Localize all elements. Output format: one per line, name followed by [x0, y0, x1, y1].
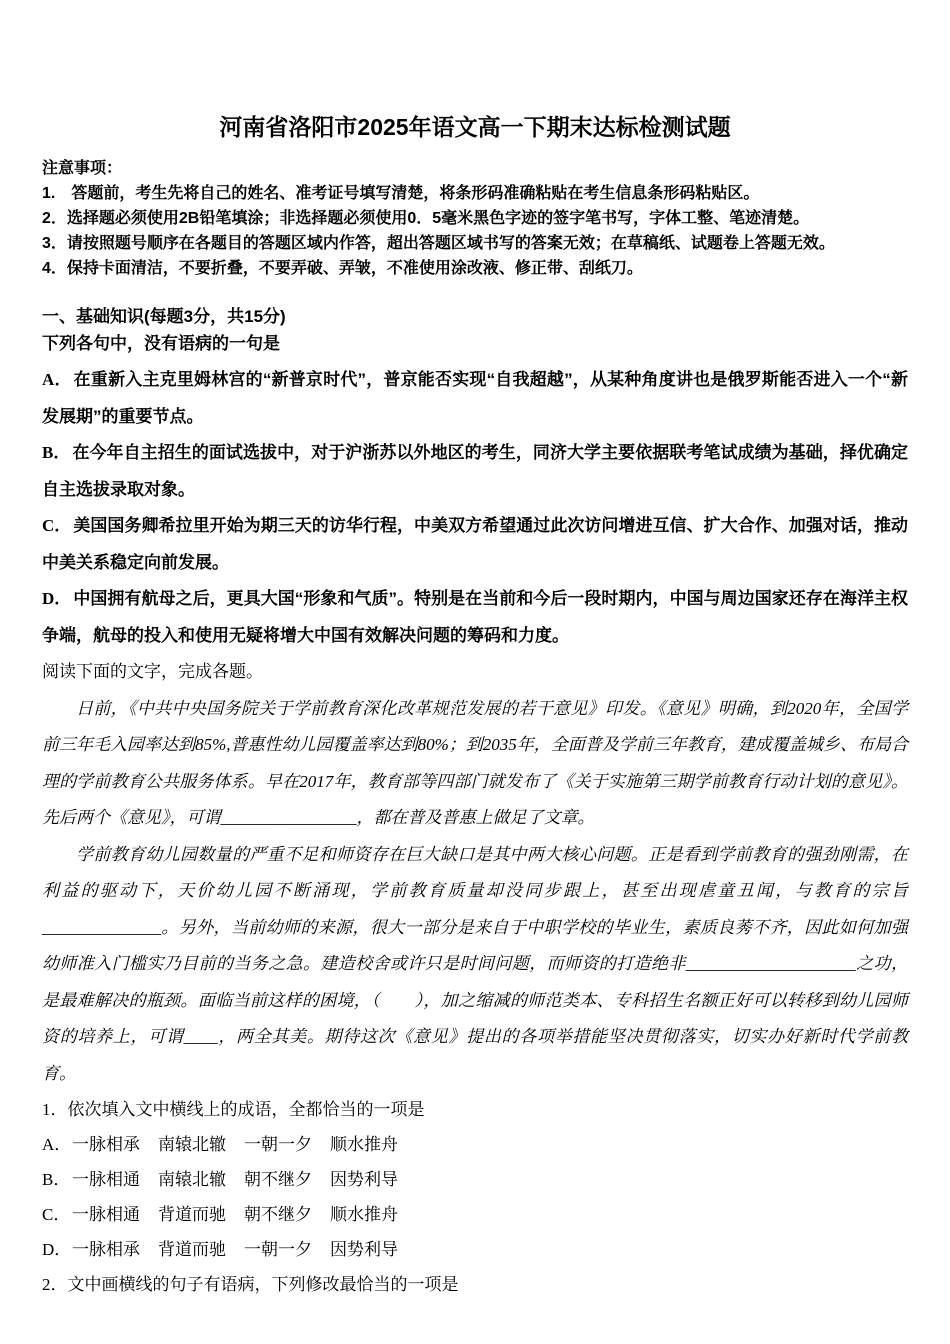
- idiom: 一脉相通: [72, 1162, 158, 1197]
- option-text: 在重新入主克里姆林宫的“新普京时代”，普京能否实现“自我超越”，从某种角度讲也是…: [42, 370, 908, 426]
- idiom: 背道而驰: [158, 1232, 244, 1267]
- option-label: B．: [42, 1162, 72, 1197]
- option-text: 美国国务卿希拉里开始为期三天的访华行程，中美双方希望通过此次访问增进互信、扩大合…: [42, 516, 908, 572]
- idiom-option-row-b: B．一脉相通南辕北辙朝不继夕因势利导: [42, 1162, 908, 1197]
- option-label: D．: [42, 1232, 72, 1267]
- option-row-a: A．在重新入主克里姆林宫的“新普京时代”，普京能否实现“自我超越”，从某种角度讲…: [42, 362, 908, 435]
- idiom: 一朝一夕: [244, 1127, 330, 1162]
- idiom: 一脉相通: [72, 1197, 158, 1232]
- idiom: 南辕北辙: [158, 1162, 244, 1197]
- reading-paragraph-1: 日前，《中共中央国务院关于学前教育深化改革规范发展的若干意见》印发。《意见》明确…: [42, 691, 908, 837]
- question-1-text: 1．依次填入文中横线上的成语，全都恰当的一项是: [42, 1092, 908, 1127]
- notice-section: 注意事项： 1. 答题前，考生先将自己的姓名、准考证号填写清楚，将条形码准确粘贴…: [42, 156, 908, 281]
- page-title: 河南省洛阳市2025年语文高一下期末达标检测试题: [42, 112, 908, 142]
- option-row-c: C．美国国务卿希拉里开始为期三天的访华行程，中美双方希望通过此次访问增进互信、扩…: [42, 508, 908, 581]
- question-2-text: 2．文中画横线的句子有语病，下列修改最恰当的一项是: [42, 1267, 908, 1302]
- notice-item: 2．选择题必须使用2B铅笔填涂；非选择题必须使用0．5毫米黑色字迹的签字笔书写，…: [42, 206, 908, 231]
- reading-lead: 阅读下面的文字，完成各题。: [42, 654, 908, 691]
- question-1-block: 1．依次填入文中横线上的成语，全都恰当的一项是 A．一脉相承南辕北辙一朝一夕顺水…: [42, 1092, 908, 1267]
- notice-item: 3．请按照题号顺序在各题目的答题区域内作答，超出答题区域书写的答案无效；在草稿纸…: [42, 231, 908, 256]
- section-heading: 一、基础知识(每题3分，共15分): [42, 303, 908, 330]
- notice-item: 1. 答题前，考生先将自己的姓名、准考证号填写清楚，将条形码准确粘贴在考生信息条…: [42, 181, 908, 206]
- option-row-b: B．在今年自主招生的面试选拔中，对于沪浙苏以外地区的考生，同济大学主要依据联考笔…: [42, 435, 908, 508]
- idiom: 朝不继夕: [244, 1162, 330, 1197]
- idiom: 背道而驰: [158, 1197, 244, 1232]
- option-label: D．: [42, 589, 73, 608]
- question-intro: 下列各句中，没有语病的一句是: [42, 330, 908, 357]
- reading-paragraph-2: 学前教育幼儿园数量的严重不足和师资存在巨大缺口是其中两大核心问题。正是看到学前教…: [42, 837, 908, 1093]
- option-label: A．: [42, 1127, 72, 1162]
- idiom: 南辕北辙: [158, 1127, 244, 1162]
- idiom-option-row-a: A．一脉相承南辕北辙一朝一夕顺水推舟: [42, 1127, 908, 1162]
- idiom-option-row-c: C．一脉相通背道而驰朝不继夕顺水推舟: [42, 1197, 908, 1232]
- idiom: 一脉相承: [72, 1232, 158, 1267]
- notice-item: 4．保持卡面清洁，不要折叠，不要弄破、弄皱，不准使用涂改液、修正带、刮纸刀。: [42, 256, 908, 281]
- idiom: 因势利导: [330, 1232, 398, 1267]
- option-row-d: D．中国拥有航母之后，更具大国“形象和气质”。特别是在当前和今后一段时期内，中国…: [42, 581, 908, 654]
- option-text: 中国拥有航母之后，更具大国“形象和气质”。特别是在当前和今后一段时期内，中国与周…: [42, 589, 908, 645]
- option-text: 在今年自主招生的面试选拔中，对于沪浙苏以外地区的考生，同济大学主要依据联考笔试成…: [42, 443, 908, 499]
- section-1-header: 一、基础知识(每题3分，共15分) 下列各句中，没有语病的一句是: [42, 303, 908, 357]
- section-1-options: A．在重新入主克里姆林宫的“新普京时代”，普京能否实现“自我超越”，从某种角度讲…: [42, 362, 908, 654]
- option-label: B．: [42, 443, 72, 462]
- notice-heading: 注意事项：: [42, 156, 908, 181]
- reading-passage: 阅读下面的文字，完成各题。 日前，《中共中央国务院关于学前教育深化改革规范发展的…: [42, 654, 908, 1092]
- idiom: 顺水推舟: [330, 1197, 398, 1232]
- idiom: 因势利导: [330, 1162, 398, 1197]
- exam-document-page: 河南省洛阳市2025年语文高一下期末达标检测试题 注意事项： 1. 答题前，考生…: [0, 0, 950, 1344]
- option-label: A．: [42, 370, 74, 389]
- idiom: 朝不继夕: [244, 1197, 330, 1232]
- idiom-option-row-d: D．一脉相承背道而驰一朝一夕因势利导: [42, 1232, 908, 1267]
- idiom: 一朝一夕: [244, 1232, 330, 1267]
- option-label: C．: [42, 1197, 72, 1232]
- option-label: C．: [42, 516, 73, 535]
- idiom: 一脉相承: [72, 1127, 158, 1162]
- idiom: 顺水推舟: [330, 1127, 398, 1162]
